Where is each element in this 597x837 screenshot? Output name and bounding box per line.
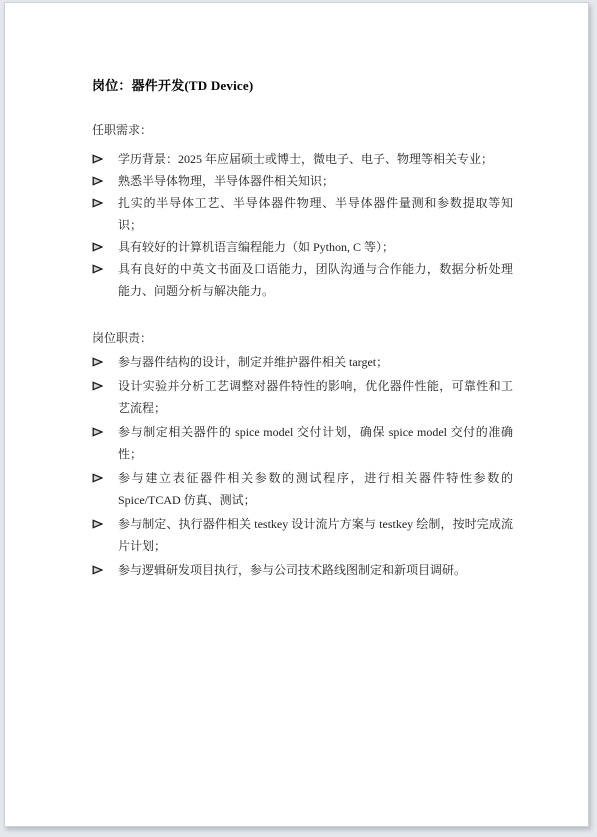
list-item-text: 参与制定、执行器件相关 testkey 设计流片方案与 testkey 绘制，按…	[118, 513, 513, 557]
list-item-text: 参与器件结构的设计，制定并维护器件相关 target；	[118, 351, 513, 373]
list-item: 学历背景：2025 年应届硕士或博士，微电子、电子、物理等相关专业；	[92, 148, 513, 170]
arrow-bullet-icon	[92, 467, 118, 483]
responsibilities-list: 参与器件结构的设计，制定并维护器件相关 target； 设计实验并分析工艺调整对…	[92, 351, 513, 581]
list-item: 具有较好的计算机语言编程能力（如 Python, C 等）；	[92, 236, 513, 258]
list-item-text: 学历背景：2025 年应届硕士或博士，微电子、电子、物理等相关专业；	[118, 148, 513, 170]
list-item: 扎实的半导体工艺、半导体器件物理、半导体器件量测和参数提取等知识；	[92, 192, 513, 236]
arrow-bullet-icon	[92, 513, 118, 529]
list-item: 参与制定、执行器件相关 testkey 设计流片方案与 testkey 绘制，按…	[92, 513, 513, 557]
arrow-bullet-icon	[92, 236, 118, 252]
section-heading-responsibilities: 岗位职责：	[92, 327, 513, 349]
arrow-bullet-icon	[92, 559, 118, 575]
list-item: 设计实验并分析工艺调整对器件特性的影响，优化器件性能，可靠性和工艺流程；	[92, 375, 513, 419]
document-viewer-canvas: 岗位：器件开发(TD Device) 任职需求： 学历背景：2025 年应届硕士…	[0, 0, 597, 837]
list-item: 具有良好的中英文书面及口语能力，团队沟通与合作能力，数据分析处理能力、问题分析与…	[92, 258, 513, 302]
arrow-bullet-icon	[92, 170, 118, 186]
list-item: 参与制定相关器件的 spice model 交付计划，确保 spice mode…	[92, 421, 513, 465]
list-item-text: 参与建立表征器件相关参数的测试程序，进行相关器件特性参数的 Spice/TCAD…	[118, 467, 513, 511]
list-item: 参与器件结构的设计，制定并维护器件相关 target；	[92, 351, 513, 373]
requirements-list: 学历背景：2025 年应届硕士或博士，微电子、电子、物理等相关专业； 熟悉半导体…	[92, 148, 513, 302]
list-item-text: 参与制定相关器件的 spice model 交付计划，确保 spice mode…	[118, 421, 513, 465]
section-heading-requirements: 任职需求：	[92, 119, 513, 141]
document-page: 岗位：器件开发(TD Device) 任职需求： 学历背景：2025 年应届硕士…	[4, 2, 589, 827]
list-item-text: 设计实验并分析工艺调整对器件特性的影响，优化器件性能，可靠性和工艺流程；	[118, 375, 513, 419]
list-item: 参与逻辑研发项目执行，参与公司技术路线图制定和新项目调研。	[92, 559, 513, 581]
arrow-bullet-icon	[92, 421, 118, 437]
list-item-text: 具有良好的中英文书面及口语能力，团队沟通与合作能力，数据分析处理能力、问题分析与…	[118, 258, 513, 302]
list-item: 参与建立表征器件相关参数的测试程序，进行相关器件特性参数的 Spice/TCAD…	[92, 467, 513, 511]
arrow-bullet-icon	[92, 258, 118, 274]
document-content: 岗位：器件开发(TD Device) 任职需求： 学历背景：2025 年应届硕士…	[92, 75, 513, 581]
arrow-bullet-icon	[92, 192, 118, 208]
page-title: 岗位：器件开发(TD Device)	[92, 75, 513, 97]
arrow-bullet-icon	[92, 148, 118, 164]
list-item: 熟悉半导体物理，半导体器件相关知识；	[92, 170, 513, 192]
list-item-text: 扎实的半导体工艺、半导体器件物理、半导体器件量测和参数提取等知识；	[118, 192, 513, 236]
list-item-text: 参与逻辑研发项目执行，参与公司技术路线图制定和新项目调研。	[118, 559, 513, 581]
list-item-text: 具有较好的计算机语言编程能力（如 Python, C 等）；	[118, 236, 513, 258]
arrow-bullet-icon	[92, 351, 118, 367]
arrow-bullet-icon	[92, 375, 118, 391]
list-item-text: 熟悉半导体物理，半导体器件相关知识；	[118, 170, 513, 192]
